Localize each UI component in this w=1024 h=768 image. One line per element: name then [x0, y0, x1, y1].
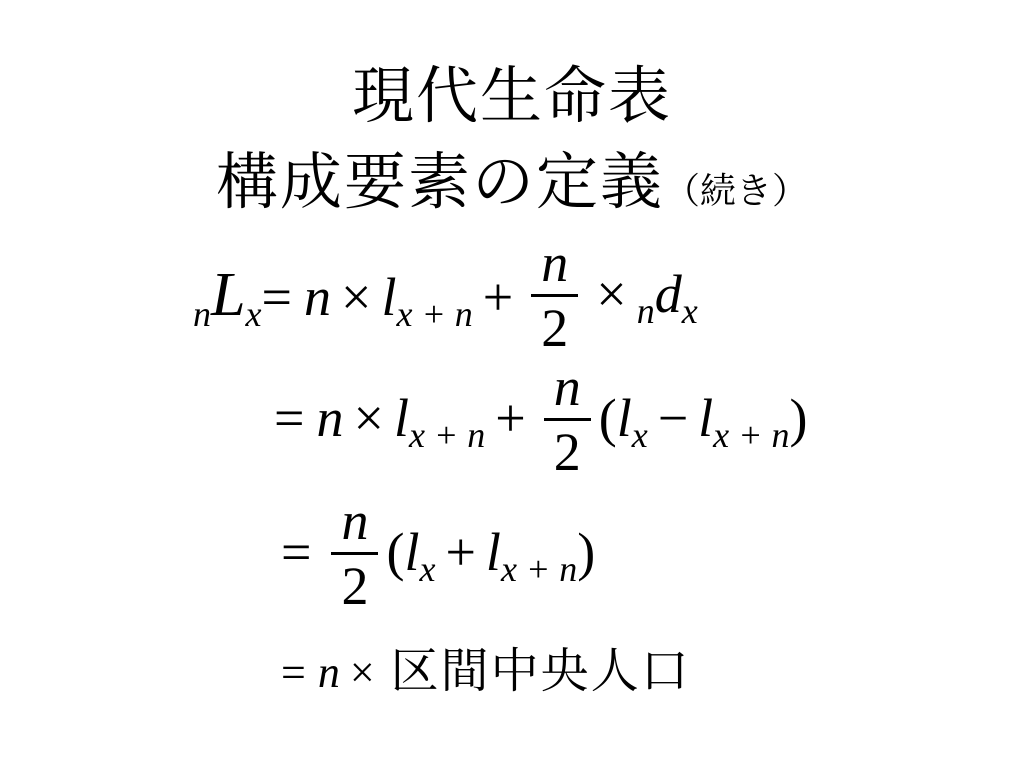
formula3-paren-run: (lx+lx + n)	[386, 523, 595, 582]
equals-sign: =	[262, 267, 292, 327]
formula-nLx-definition: nLx=n×lx + n+ n2 ×ndx	[193, 238, 698, 352]
multiply-sign: ×	[350, 648, 375, 697]
fraction-denominator: 2	[331, 552, 378, 613]
var-n: n	[304, 267, 331, 327]
fraction-numerator: n	[531, 236, 578, 294]
var-d: d	[655, 264, 682, 324]
subscript-x: x	[682, 291, 698, 331]
subscript-x-plus-n: x + n	[396, 294, 472, 334]
plus-sign: +	[495, 388, 525, 448]
close-paren: )	[577, 522, 595, 582]
formula1-right-tail: ×ndx	[586, 265, 697, 324]
title-line-1: 現代生命表	[0, 66, 1024, 128]
plus-sign: +	[445, 522, 475, 582]
fraction-numerator: n	[544, 360, 591, 418]
formula2-left-run: =n×lx + n+	[274, 389, 536, 448]
presubscript-n: n	[637, 291, 655, 331]
close-paren: )	[789, 388, 807, 448]
formula-step-4: =n×区間中央人口	[281, 643, 691, 701]
minus-sign: −	[658, 388, 688, 448]
title-line-2: 構成要素の定義（続き）	[0, 152, 1024, 214]
fraction-n-over-2: n2	[544, 360, 591, 479]
interval-central-population-label: 区間中央人口	[391, 645, 691, 698]
open-paren: (	[386, 522, 404, 582]
open-paren: (	[599, 388, 617, 448]
formula-step-3: = n2 (lx+lx + n)	[281, 496, 595, 610]
subscript-x-plus-n: x + n	[713, 415, 789, 455]
formula2-paren-run: (lx−lx + n)	[599, 389, 808, 448]
fraction-n-over-2: n2	[331, 494, 378, 613]
subscript-x: x	[632, 415, 648, 455]
var-l: l	[486, 522, 501, 582]
formula-step-2: =n×lx + n+ n2 (lx−lx + n)	[274, 362, 807, 476]
plus-sign: +	[483, 267, 513, 327]
var-l: l	[381, 267, 396, 327]
var-l: l	[394, 388, 409, 448]
subscript-x: x	[419, 549, 435, 589]
title-line-2-main: 構成要素の定義	[216, 148, 664, 217]
subscript-x-plus-n: x + n	[501, 549, 577, 589]
multiply-sign: ×	[596, 264, 626, 324]
fraction-numerator: n	[331, 494, 378, 552]
fraction-denominator: 2	[531, 294, 578, 355]
slide: 現代生命表 構成要素の定義（続き） nLx=n×lx + n+ n2 ×ndx …	[0, 0, 1024, 768]
var-l: l	[617, 388, 632, 448]
title-line-2-suffix: （続き）	[664, 170, 808, 211]
fraction-denominator: 2	[544, 418, 591, 479]
equals-sign: =	[274, 388, 304, 448]
var-L: L	[211, 261, 246, 329]
fraction-n-over-2: n2	[531, 236, 578, 355]
equals-sign: =	[281, 648, 306, 697]
equals-sign: =	[281, 522, 311, 582]
subscript-x-plus-n: x + n	[409, 415, 485, 455]
var-n: n	[318, 648, 340, 697]
var-l: l	[404, 522, 419, 582]
formula1-left-side: nLx=n×lx + n+	[193, 261, 523, 329]
subscript-x: x	[246, 294, 262, 334]
presubscript-n: n	[193, 294, 211, 334]
slide-title: 現代生命表 構成要素の定義（続き）	[0, 66, 1024, 214]
var-n: n	[316, 388, 343, 448]
formula3-equals-run: =	[281, 523, 323, 582]
formula4-run: =n×区間中央人口	[281, 646, 691, 699]
multiply-sign: ×	[341, 267, 371, 327]
multiply-sign: ×	[353, 388, 383, 448]
var-l: l	[698, 388, 713, 448]
